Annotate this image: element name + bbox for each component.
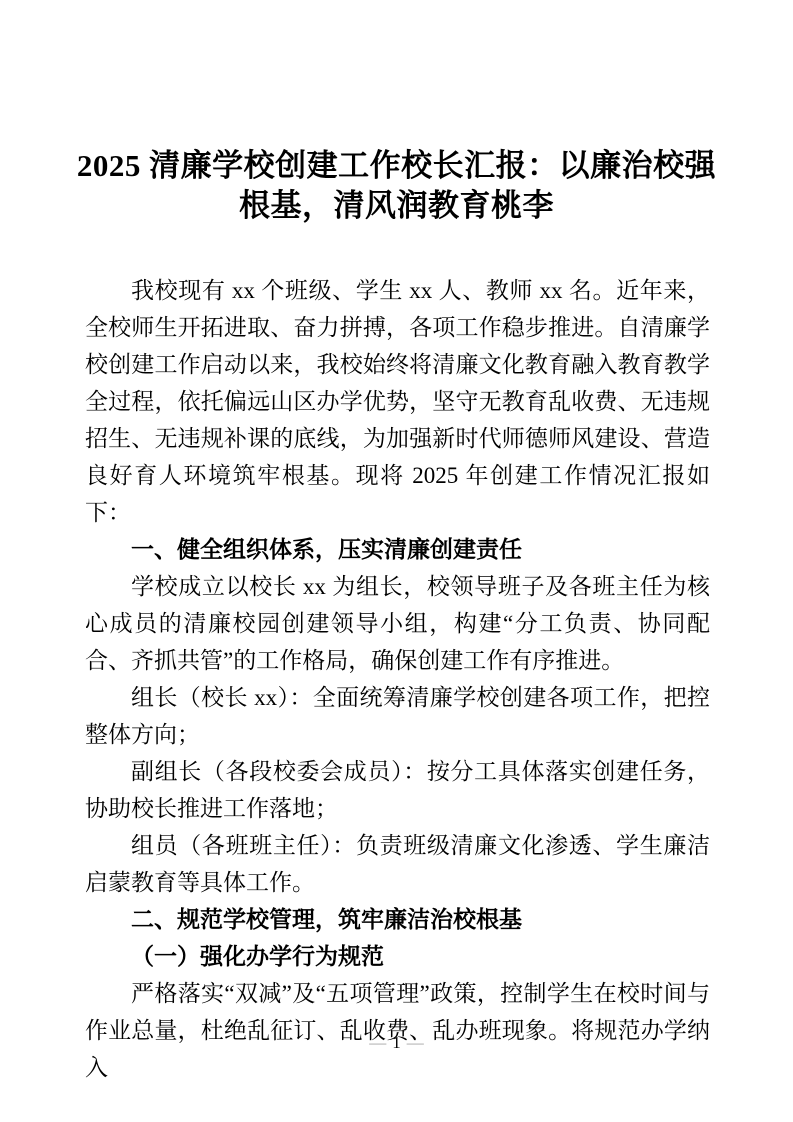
document-body: 我校现有 xx 个班级、学生 xx 人、教师 xx 名。近年来，全校师生开拓进取…	[85, 272, 710, 1086]
paragraph-policy-implementation: 严格落实“双减”及“五项管理”政策，控制学生在校时间与作业总量，杜绝乱征订、乱收…	[85, 975, 710, 1086]
document-page: 2025 清廉学校创建工作校长汇报：以廉治校强根基，清风润教育桃李 我校现有 x…	[0, 0, 793, 1122]
paragraph-school-overview: 我校现有 xx 个班级、学生 xx 人、教师 xx 名。近年来，全校师生开拓进取…	[85, 272, 710, 531]
subsection-heading-school-conduct: （一）强化办学行为规范	[85, 938, 710, 975]
page-number: 1	[392, 1033, 401, 1052]
document-title: 2025 清廉学校创建工作校长汇报：以廉治校强根基，清风润教育桃李	[64, 146, 729, 226]
paragraph-deputy-leaders: 副组长（各段校委会成员）：按分工具体落实创建任务，协助校长推进工作落地；	[85, 753, 710, 827]
footer-dash-left: —	[363, 1033, 392, 1052]
section-heading-management: 二、规范学校管理，筑牢廉洁治校根基	[85, 901, 710, 938]
footer-dash-right: —	[401, 1033, 430, 1052]
section-heading-organization: 一、健全组织体系，压实清廉创建责任	[85, 531, 710, 568]
paragraph-group-leader: 组长（校长 xx）：全面统筹清廉学校创建各项工作，把控整体方向；	[85, 679, 710, 753]
paragraph-group-members: 组员（各班班主任）：负责班级清廉文化渗透、学生廉洁启蒙教育等具体工作。	[85, 827, 710, 901]
paragraph-leading-group: 学校成立以校长 xx 为组长，校领导班子及各班主任为核心成员的清廉校园创建领导小…	[85, 568, 710, 679]
page-footer: —1—	[0, 1032, 793, 1054]
